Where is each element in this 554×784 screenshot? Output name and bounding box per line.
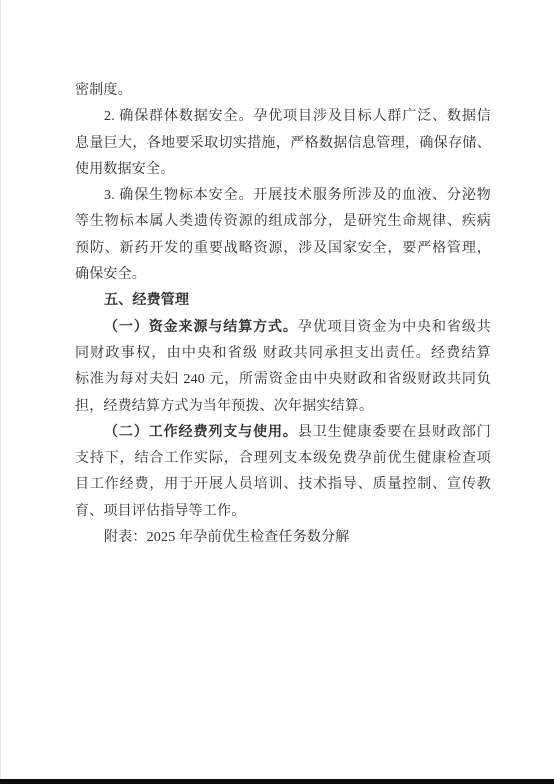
line-text: 县卫生健康委要在县财政部门	[298, 425, 491, 440]
line-text: 3. 确保生物标本安全。开展技术服务所涉及的血液、分泌物	[104, 188, 491, 203]
line-text: 确保安全。	[75, 267, 146, 282]
doc-line: 育、项目评估指导等工作。	[75, 499, 491, 525]
doc-line: 预防、新药开发的重要战略资源，涉及国家安全，要严格管理，	[75, 236, 491, 262]
line-text: 支持下，结合工作实际，合理列支本级免费孕前优生健康检查项	[75, 451, 491, 466]
line-text: 育、项目评估指导等工作。	[75, 504, 245, 519]
line-text: 目工作经费，用于开展人员培训、技术指导、质量控制、宣传教	[75, 477, 491, 492]
doc-line: 支持下，结合工作实际，合理列支本级免费孕前优生健康检查项	[75, 446, 491, 472]
doc-line: 确保安全。	[75, 262, 491, 288]
line-text: 标准为每对夫妇 240 元，所需资金由中央财政和省级财政共同负	[75, 372, 491, 387]
document-body: 密制度。 2. 确保群体数据安全。孕优项目涉及目标人群广泛、数据信 息量巨大，各…	[75, 78, 491, 551]
line-text: 担，经费结算方式为当年预拨、次年据实结算。	[75, 399, 373, 414]
bottom-edge-bar	[0, 779, 554, 784]
page-left-edge-line	[0, 0, 1, 784]
doc-line: 2. 确保群体数据安全。孕优项目涉及目标人群广泛、数据信	[75, 104, 491, 130]
doc-line: 目工作经费，用于开展人员培训、技术指导、质量控制、宣传教	[75, 472, 491, 498]
line-text: 预防、新药开发的重要战略资源，涉及国家安全，要严格管理，	[75, 241, 491, 256]
section-heading: 五、经费管理	[75, 288, 491, 314]
doc-line: 等生物标本属人类遗传资源的组成部分，是研究生命规律、疾病	[75, 209, 491, 235]
subsection-heading-line: （二）工作经费列支与使用。县卫生健康委要在县财政部门	[75, 420, 491, 446]
doc-line: 使用数据安全。	[75, 157, 491, 183]
attachment-note-line: 附表：2025 年孕前优生检查任务数分解	[75, 525, 491, 551]
line-text: 密制度。	[75, 83, 132, 98]
line-text: 等生物标本属人类遗传资源的组成部分，是研究生命规律、疾病	[75, 214, 491, 229]
doc-line: 担，经费结算方式为当年预拨、次年据实结算。	[75, 394, 491, 420]
document-page: 密制度。 2. 确保群体数据安全。孕优项目涉及目标人群广泛、数据信 息量巨大，各…	[0, 0, 554, 784]
line-text: 息量巨大，各地要采取切实措施，严格数据信息管理，确保存储、	[75, 136, 491, 151]
line-text: 使用数据安全。	[75, 162, 174, 177]
doc-line: 标准为每对夫妇 240 元，所需资金由中央财政和省级财政共同负	[75, 367, 491, 393]
line-text: 孕优项目资金为中央和省级共	[298, 320, 491, 335]
subsection-heading-line: （一）资金来源与结算方式。孕优项目资金为中央和省级共	[75, 315, 491, 341]
doc-line: 密制度。	[75, 78, 491, 104]
line-text: 2. 确保群体数据安全。孕优项目涉及目标人群广泛、数据信	[104, 109, 491, 124]
line-text: 附表：2025 年孕前优生检查任务数分解	[104, 530, 350, 545]
line-bold-text: （二）工作经费列支与使用。	[104, 425, 298, 440]
doc-line: 息量巨大，各地要采取切实措施，严格数据信息管理，确保存储、	[75, 131, 491, 157]
doc-line: 3. 确保生物标本安全。开展技术服务所涉及的血液、分泌物	[75, 183, 491, 209]
line-text: 同财政事权，由中央和省级 财政共同承担支出责任。经费结算	[75, 346, 491, 361]
doc-line: 同财政事权，由中央和省级 财政共同承担支出责任。经费结算	[75, 341, 491, 367]
line-bold-text: 五、经费管理	[104, 293, 189, 308]
line-bold-text: （一）资金来源与结算方式。	[104, 320, 298, 335]
